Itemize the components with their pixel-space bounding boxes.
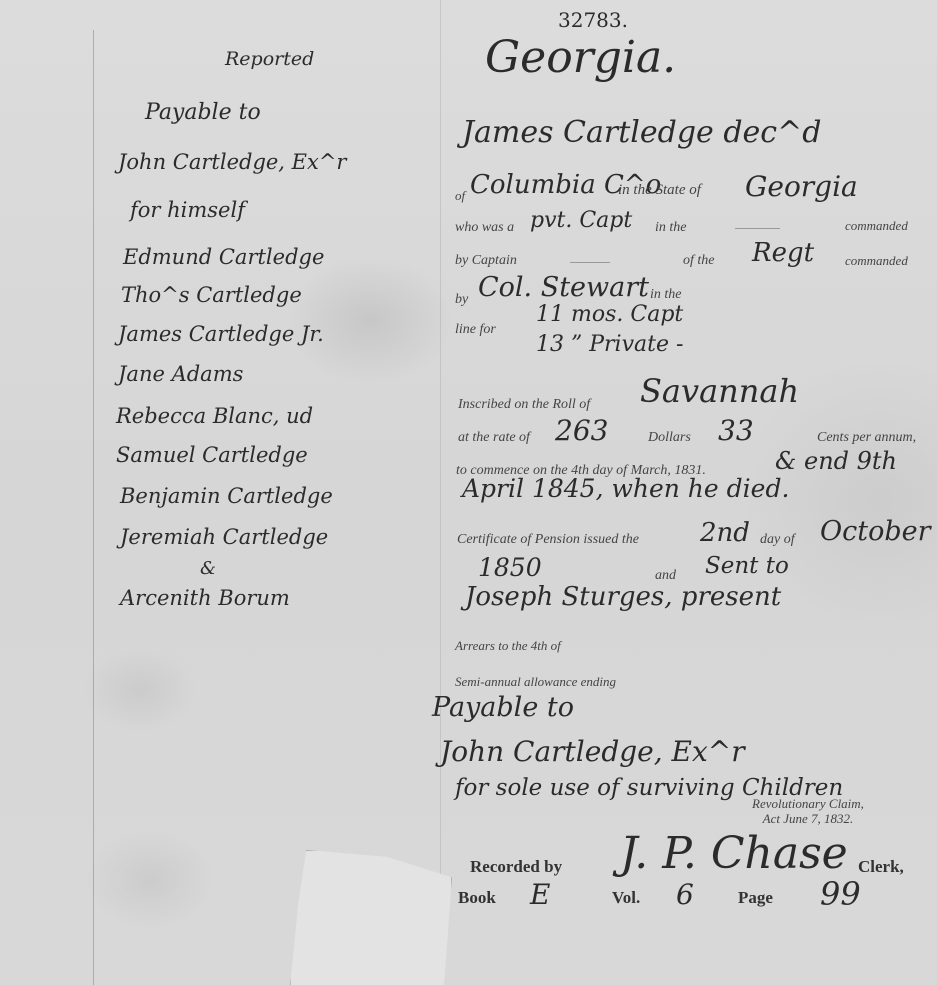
label-line-for: line for [455, 322, 496, 338]
label-cents: Cents per annum, [817, 430, 916, 446]
label-clerk: Clerk, [858, 857, 904, 877]
payee-item: Jane Adams [118, 362, 243, 386]
rank: pvt. Capt [530, 208, 632, 233]
payee-item: Arcenith Borum [120, 586, 290, 610]
label-in-the-2: in the [650, 287, 682, 303]
commence-note: & end 9th [775, 447, 897, 475]
service-line: 13 ” Private - [536, 332, 683, 357]
pensioner-name: James Cartledge dec^d [462, 115, 821, 150]
service-line: 11 mos. Capt [536, 302, 683, 327]
label-in-the: in the [655, 220, 687, 236]
payee-item: Edmund Cartledge [123, 245, 324, 269]
label-semi-annual: Semi-annual allowance ending [455, 674, 616, 690]
sent-to-name: Joseph Sturges, present [465, 582, 781, 612]
payee-item: John Cartledge, Ex^r [118, 150, 346, 174]
label-commanded-2: commanded [845, 253, 908, 269]
label-arrears: Arrears to the 4th of [455, 638, 561, 654]
label-commanded: commanded [845, 218, 908, 234]
claim-stamp-line: Revolutionary Claim, [752, 796, 864, 811]
label-of: of [455, 188, 465, 204]
state: Georgia [745, 170, 858, 203]
label-dollars: Dollars [648, 430, 691, 446]
vol-value: 6 [676, 878, 694, 911]
commence-note: April 1845, when he died. [462, 474, 789, 503]
payee-item: for himself [130, 198, 245, 222]
payee-item: Tho^s Cartledge [121, 283, 302, 307]
label-recorded-by: Recorded by [470, 857, 562, 877]
torn-paper-area [290, 850, 452, 985]
file-number: 32783. [558, 8, 628, 32]
center-fold-line [440, 0, 441, 985]
reported-note: Reported [225, 48, 314, 70]
regiment: Regt [752, 238, 814, 268]
payable-note-executor: John Cartledge, Ex^r [440, 735, 745, 768]
label-certificate: Certificate of Pension issued the [457, 532, 639, 548]
label-day-of: day of [760, 532, 795, 548]
book-value: E [530, 878, 550, 911]
fold-line [93, 30, 94, 985]
payee-item: James Cartledge Jr. [118, 322, 324, 346]
label-page: Page [738, 888, 773, 908]
certificate-day: 2nd [700, 518, 750, 548]
payee-item: Rebecca Blanc, ud [116, 404, 313, 428]
label-book: Book [458, 888, 496, 908]
blank-line [570, 262, 610, 263]
roll: Savannah [640, 372, 799, 410]
label-roll: Inscribed on the Roll of [458, 397, 590, 413]
colonel: Col. Stewart [478, 272, 649, 303]
claim-stamp: Revolutionary Claim, Act June 7, 1832. [752, 796, 864, 826]
dollars-value: 263 [555, 414, 608, 447]
payee-item: Benjamin Cartledge [120, 484, 333, 508]
cents-value: 33 [718, 414, 754, 447]
blank-line [735, 228, 780, 229]
label-of-the: of the [683, 253, 715, 269]
payable-note: Payable to [432, 692, 574, 723]
state-heading: Georgia. [485, 32, 676, 83]
certificate-month: October [820, 516, 931, 547]
label-state-of: in the State of [618, 182, 701, 199]
claim-stamp-line: Act June 7, 1832. [752, 811, 864, 826]
label-rate: at the rate of [458, 430, 530, 446]
clerk-signature: J. P. Chase [620, 828, 848, 879]
sent-to: Sent to [705, 553, 789, 579]
payable-heading: Payable to [145, 100, 261, 125]
certificate-year: 1850 [478, 553, 542, 582]
label-who-was: who was a [455, 220, 514, 236]
payee-item: & [200, 558, 216, 579]
label-by: by [455, 292, 468, 308]
payee-item: Jeremiah Cartledge [120, 525, 328, 549]
label-by-captain: by Captain [455, 253, 517, 269]
label-vol: Vol. [612, 888, 640, 908]
page-value: 99 [820, 875, 861, 913]
payee-item: Samuel Cartledge [116, 443, 308, 467]
